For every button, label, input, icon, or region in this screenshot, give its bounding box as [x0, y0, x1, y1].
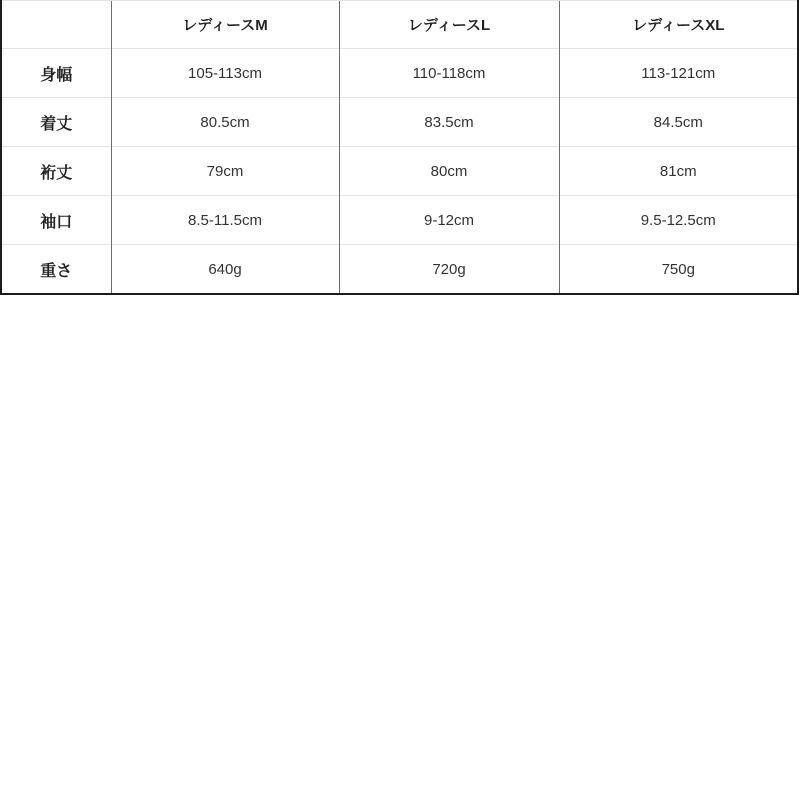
cell-value: 80cm: [339, 147, 559, 196]
row-label: 袖口: [1, 196, 111, 245]
header-cell-ladies-l: レディースL: [339, 1, 559, 49]
cell-value: 9.5-12.5cm: [559, 196, 798, 245]
cell-value: 105-113cm: [111, 49, 339, 98]
table-row-sleeve-length: 裄丈 79cm 80cm 81cm: [1, 147, 798, 196]
header-cell-empty: [1, 1, 111, 49]
cell-value: 113-121cm: [559, 49, 798, 98]
page-canvas: レディースM レディースL レディースXL 身幅 105-113cm 110-1…: [0, 0, 800, 800]
cell-value: 640g: [111, 245, 339, 295]
size-chart-header: レディースM レディースL レディースXL: [1, 1, 798, 49]
cell-value: 84.5cm: [559, 98, 798, 147]
row-label: 重さ: [1, 245, 111, 295]
cell-value: 110-118cm: [339, 49, 559, 98]
cell-value: 83.5cm: [339, 98, 559, 147]
cell-value: 9-12cm: [339, 196, 559, 245]
cell-value: 79cm: [111, 147, 339, 196]
header-row: レディースM レディースL レディースXL: [1, 1, 798, 49]
cell-value: 80.5cm: [111, 98, 339, 147]
table-row-weight: 重さ 640g 720g 750g: [1, 245, 798, 295]
table-row-body-width: 身幅 105-113cm 110-118cm 113-121cm: [1, 49, 798, 98]
table-row-cuff: 袖口 8.5-11.5cm 9-12cm 9.5-12.5cm: [1, 196, 798, 245]
table-row-length: 着丈 80.5cm 83.5cm 84.5cm: [1, 98, 798, 147]
row-label: 裄丈: [1, 147, 111, 196]
cell-value: 720g: [339, 245, 559, 295]
header-cell-ladies-m: レディースM: [111, 1, 339, 49]
cell-value: 8.5-11.5cm: [111, 196, 339, 245]
cell-value: 81cm: [559, 147, 798, 196]
row-label: 着丈: [1, 98, 111, 147]
cell-value: 750g: [559, 245, 798, 295]
header-cell-ladies-xl: レディースXL: [559, 1, 798, 49]
size-chart-table: レディースM レディースL レディースXL 身幅 105-113cm 110-1…: [0, 0, 799, 295]
size-chart-body: 身幅 105-113cm 110-118cm 113-121cm 着丈 80.5…: [1, 49, 798, 295]
row-label: 身幅: [1, 49, 111, 98]
